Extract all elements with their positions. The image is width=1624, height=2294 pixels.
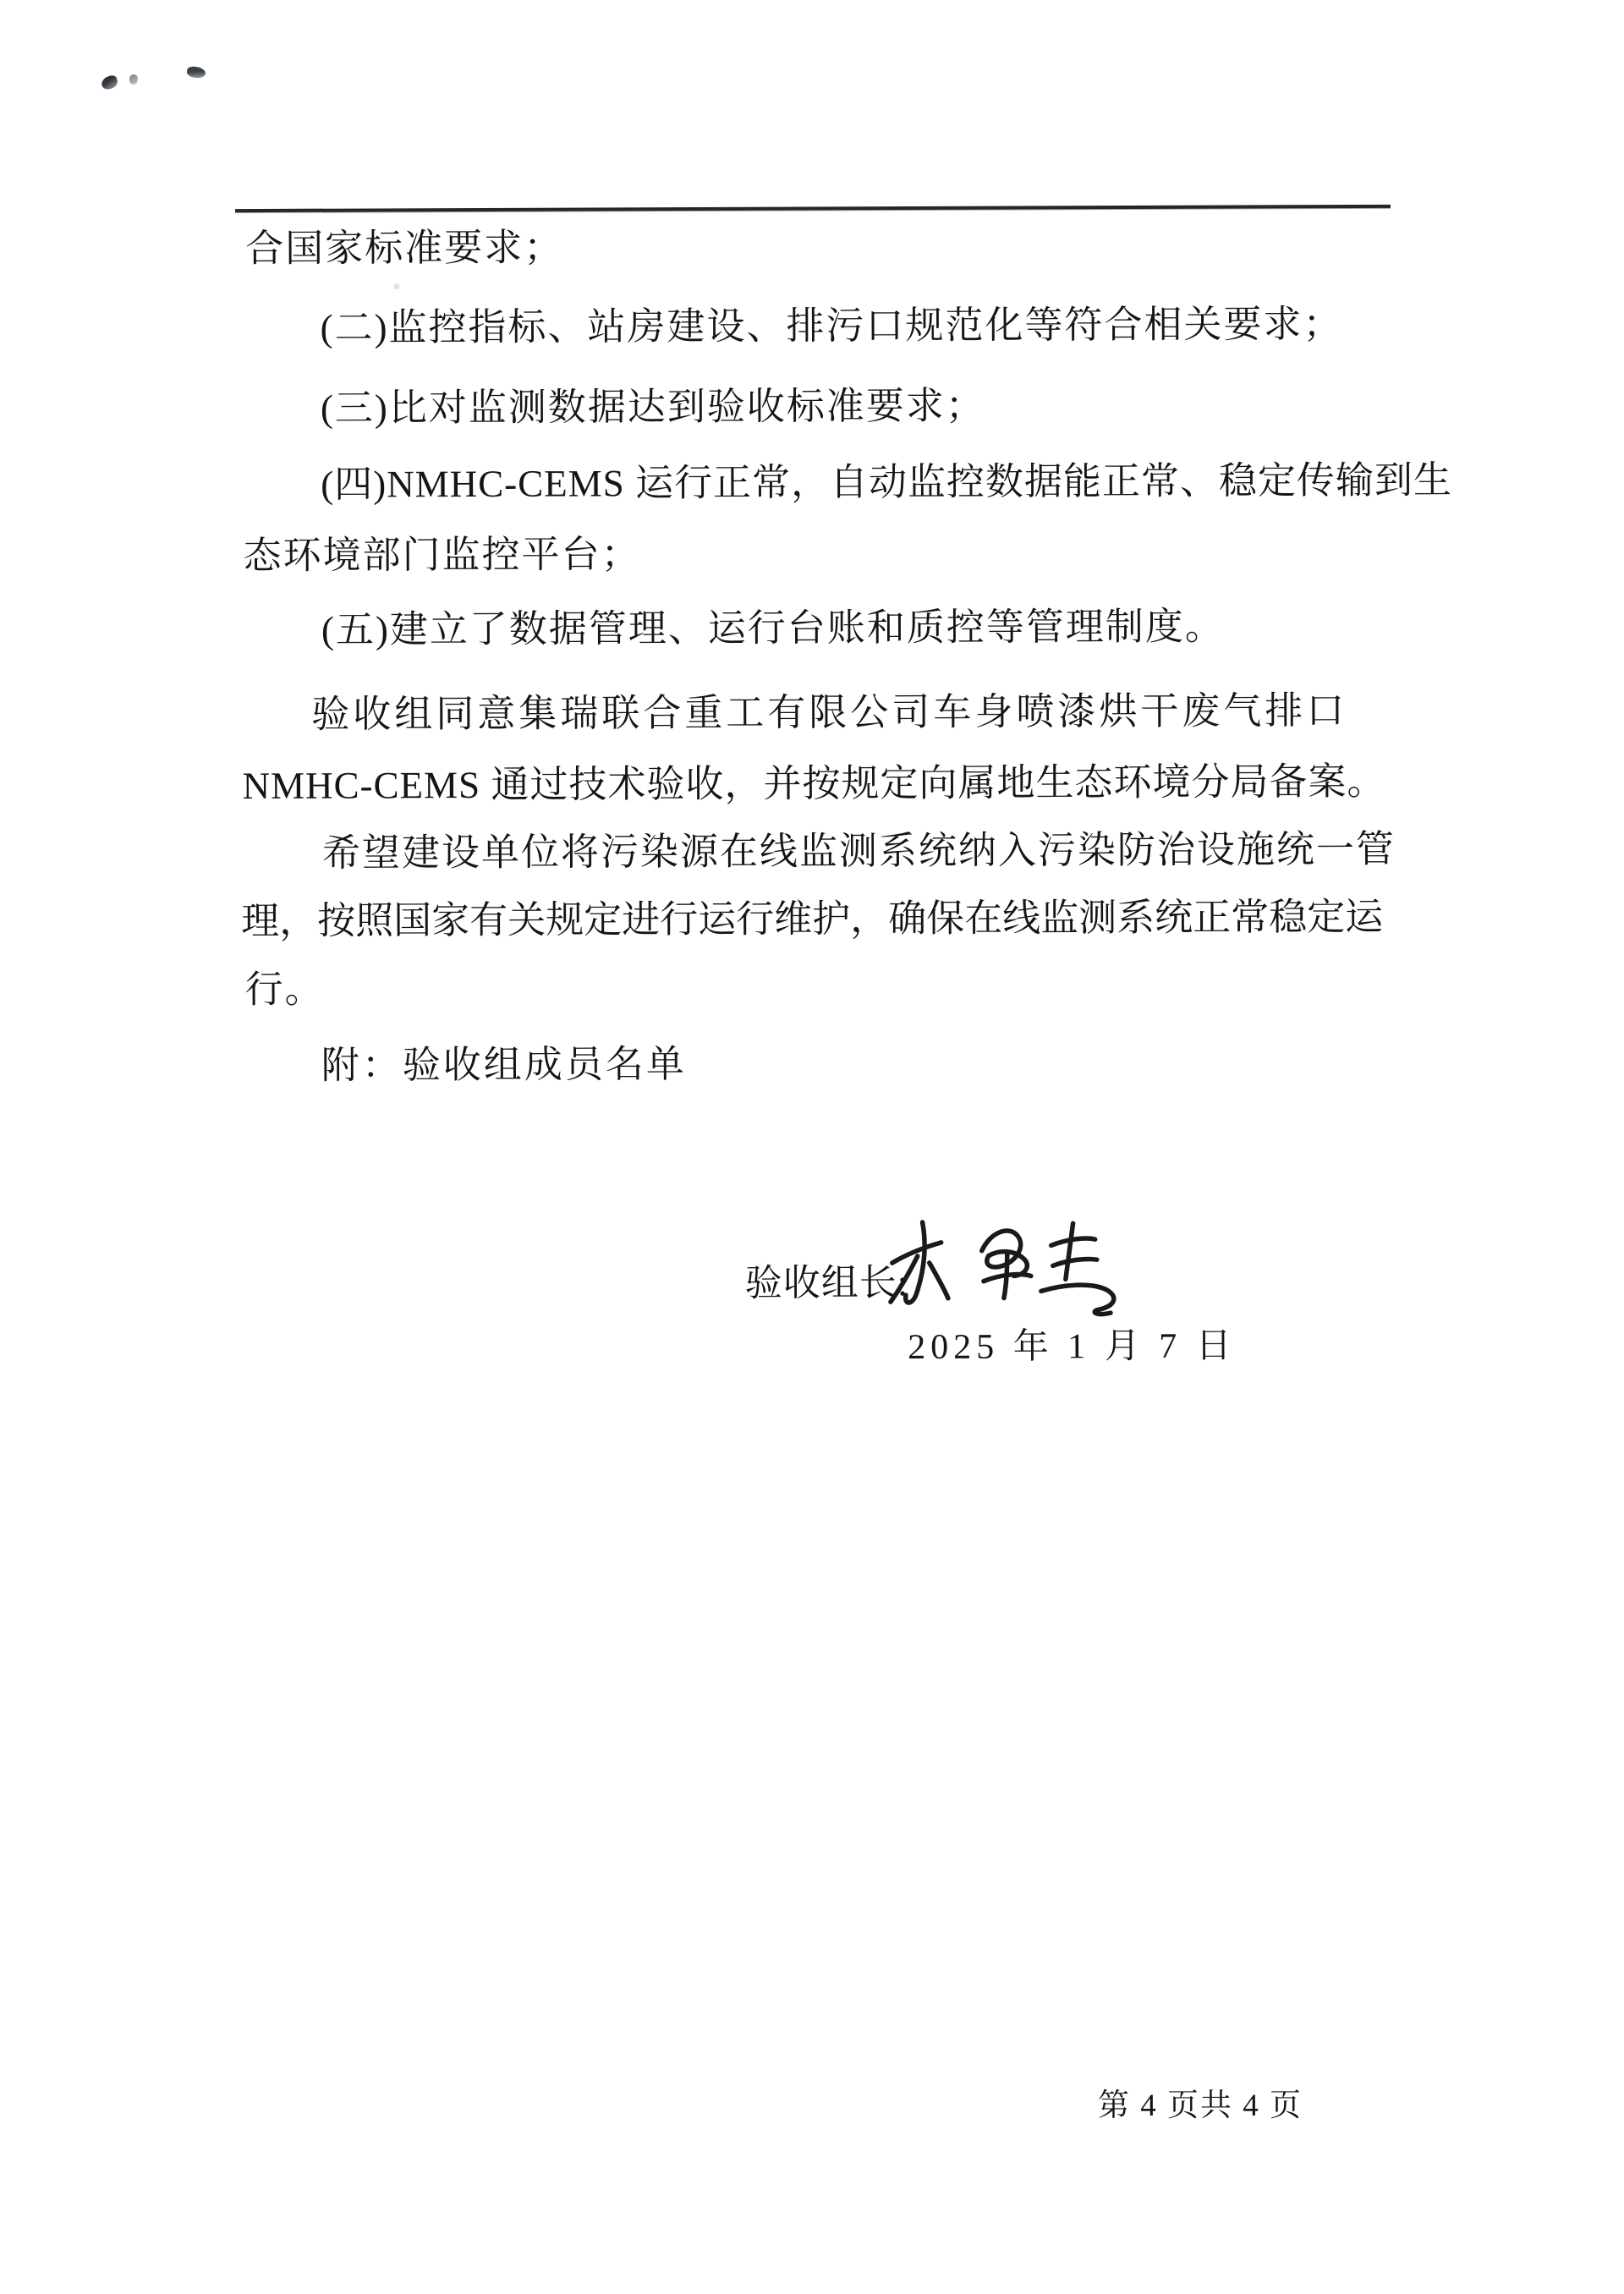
list-item-4-line-2: 态环境部门监控平台； [243,534,640,577]
scan-speck [393,283,399,289]
scanned-document-page: 合国家标准要求； (二)监控指标、站房建设、排污口规范化等符合相关要求； (三)… [0,0,1624,2294]
header-divider [235,205,1391,212]
document-content: 合国家标准要求； (二)监控指标、站房建设、排污口规范化等符合相关要求； (三)… [0,0,1624,2294]
list-item-5: (五)建立了数据管理、运行台账和质控等管理制度。 [321,606,1225,652]
advice-line-2: 理，按照国家有关规定进行运行维护，确保在线监测系统正常稳定运 [241,897,1383,943]
signature-date: 2025 年 1 月 7 日 [908,1318,1237,1369]
advice-line-3: 行。 [244,969,324,1012]
handwritten-signature [884,1216,1130,1331]
conclusion-line-2: NMHC-CEMS 通过技术验收，并按规定向属地生态环境分局备案。 [243,761,1386,808]
list-item-2: (二)监控指标、站房建设、排污口规范化等符合相关要求； [320,304,1342,349]
list-item-4-line-1: (四)NMHC-CEMS 运行正常，自动监控数据能正常、稳定传输到生 [321,460,1452,507]
page-number-footer: 第 4 页共 4 页 [1098,2079,1303,2125]
advice-line-1: 希望建设单位将污染源在线监测系统纳入污染防治设施统一管 [322,829,1396,875]
attachment-note: 附：验收组成员名单 [321,1044,687,1087]
list-item-3: (三)比对监测数据达到验收标准要求； [321,386,985,431]
body-line: 合国家标准要求； [245,228,563,271]
conclusion-line-1: 验收组同意集瑞联合重工有限公司车身喷漆烘干废气排口 [311,690,1347,736]
